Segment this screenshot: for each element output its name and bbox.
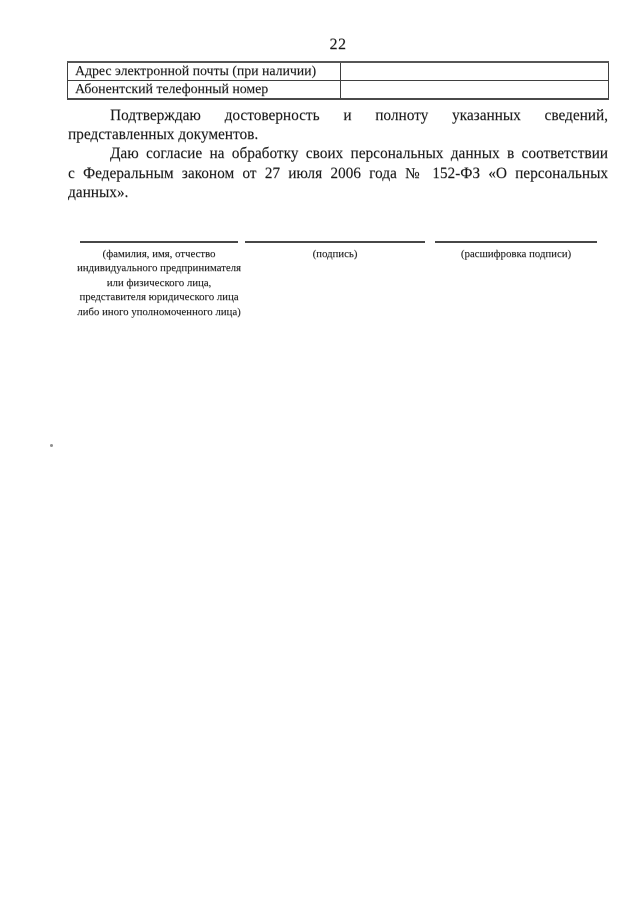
email-value-cell xyxy=(341,62,609,81)
confirmation-paragraph-line-2: представленных документов. xyxy=(68,125,608,144)
signature-caption-sign: (подпись) xyxy=(245,243,425,261)
signature-caption-name: (фамилия, имя, отчество индивидуального … xyxy=(67,243,251,319)
signature-caption-decode: (расшифровка подписи) xyxy=(435,243,597,261)
signature-block-sign: (подпись) xyxy=(245,241,425,261)
table-row-phone: Абонентский телефонный номер xyxy=(68,81,609,100)
table-row-email: Адрес электронной почты (при наличии) xyxy=(68,62,609,81)
signature-caption-name-line-1: (фамилия, имя, отчество xyxy=(67,247,251,261)
phone-label-cell: Абонентский телефонный номер xyxy=(68,81,341,100)
signature-caption-name-line-3: или физического лица, xyxy=(67,276,251,290)
signature-caption-name-line-2: индивидуального предпринимателя xyxy=(67,261,251,275)
confirmation-paragraph-line-1: Подтверждаю достоверность и полноту указ… xyxy=(68,106,608,125)
email-label-cell: Адрес электронной почты (при наличии) xyxy=(68,62,341,81)
page-number: 22 xyxy=(68,36,608,54)
signature-caption-name-line-4: представителя юридического лица xyxy=(67,290,251,304)
consent-paragraph-line-1: Даю согласие на обработку своих персонал… xyxy=(68,144,608,163)
body-text: Подтверждаю достоверность и полноту указ… xyxy=(68,106,608,202)
consent-paragraph-line-2: с Федеральным законом от 27 июля 2006 го… xyxy=(68,164,608,183)
scan-artifact-dot xyxy=(50,444,53,447)
document-page: 22 Адрес электронной почты (при наличии)… xyxy=(0,0,640,905)
signature-block-decode: (расшифровка подписи) xyxy=(435,241,597,261)
consent-paragraph-line-3: данных». xyxy=(68,183,608,202)
contact-table: Адрес электронной почты (при наличии) Аб… xyxy=(67,61,609,100)
signature-section: (фамилия, имя, отчество индивидуального … xyxy=(68,241,608,319)
signature-block-name: (фамилия, имя, отчество индивидуального … xyxy=(80,241,238,319)
signature-caption-name-line-5: либо иного уполномоченного лица) xyxy=(67,305,251,319)
phone-value-cell xyxy=(341,81,609,100)
